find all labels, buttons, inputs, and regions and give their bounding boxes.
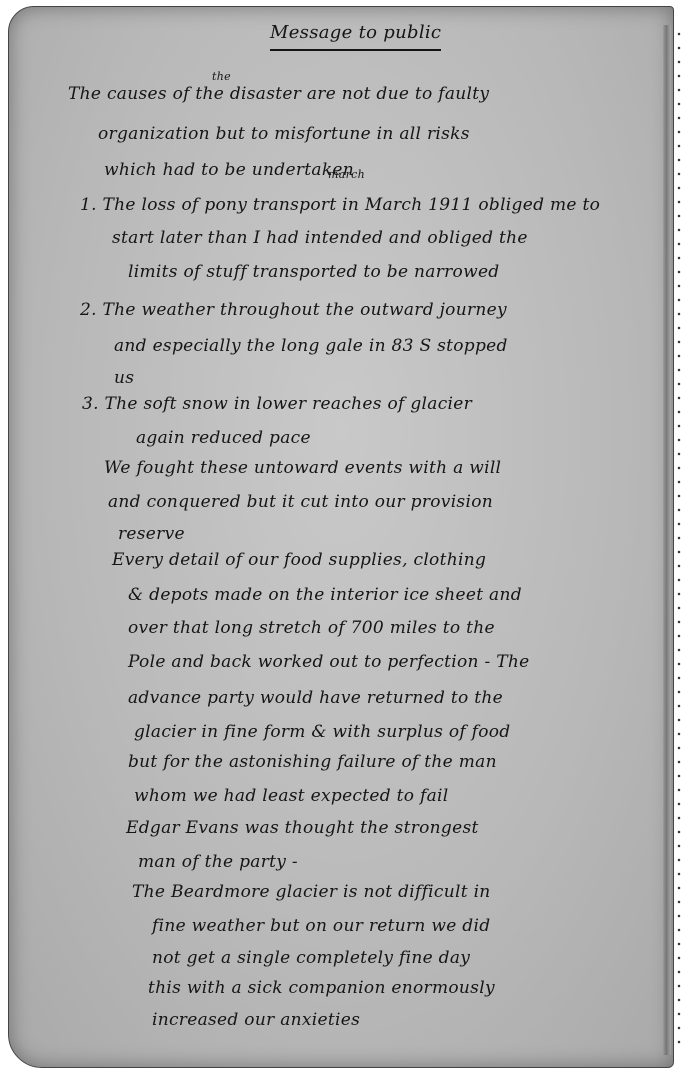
text-line: advance party would have returned to the bbox=[128, 688, 503, 708]
text-line: and especially the long gale in 83 S sto… bbox=[114, 336, 508, 356]
perforated-edge bbox=[677, 27, 681, 1047]
text-line: 2. The weather throughout the outward jo… bbox=[80, 300, 507, 320]
text-line: Pole and back worked out to perfection -… bbox=[128, 652, 529, 672]
insert-the: the bbox=[212, 70, 231, 83]
text-line: and conquered but it cut into our provis… bbox=[108, 492, 493, 512]
text-line: but for the astonishing failure of the m… bbox=[128, 752, 497, 772]
text-line: not get a single completely fine day bbox=[152, 948, 470, 968]
text-line: & depots made on the interior ice sheet … bbox=[128, 585, 522, 605]
text-line: increased our anxieties bbox=[152, 1010, 360, 1030]
text-line: start later than I had intended and obli… bbox=[112, 228, 528, 248]
text-line: limits of stuff transported to be narrow… bbox=[128, 262, 499, 282]
text-line: which had to be undertaken bbox=[104, 160, 354, 180]
text-line: reserve bbox=[118, 524, 185, 544]
text-line: man of the party - bbox=[138, 852, 298, 872]
text-line: Edgar Evans was thought the strongest bbox=[126, 818, 479, 838]
text-line: glacier in fine form & with surplus of f… bbox=[134, 722, 511, 742]
text-line: We fought these untoward events with a w… bbox=[104, 458, 501, 478]
text-line: over that long stretch of 700 miles to t… bbox=[128, 618, 495, 638]
text-line: again reduced pace bbox=[136, 428, 311, 448]
text-line: whom we had least expected to fail bbox=[134, 786, 449, 806]
text-line: The Beardmore glacier is not difficult i… bbox=[132, 882, 491, 902]
text-line: fine weather but on our return we did bbox=[152, 916, 490, 936]
text-line: us bbox=[114, 368, 134, 388]
text-line: 1. The loss of pony transport in March 1… bbox=[80, 195, 600, 215]
text-line: The causes of the disaster are not due t… bbox=[68, 84, 489, 104]
text-line: organization but to misfortune in all ri… bbox=[98, 124, 470, 144]
text-line: Every detail of our food supplies, cloth… bbox=[112, 550, 486, 570]
page-title: Message to public bbox=[270, 22, 441, 51]
page-fold-shadow bbox=[663, 25, 671, 1055]
text-line: this with a sick companion enormously bbox=[148, 978, 495, 998]
text-line: 3. The soft snow in lower reaches of gla… bbox=[82, 394, 472, 414]
